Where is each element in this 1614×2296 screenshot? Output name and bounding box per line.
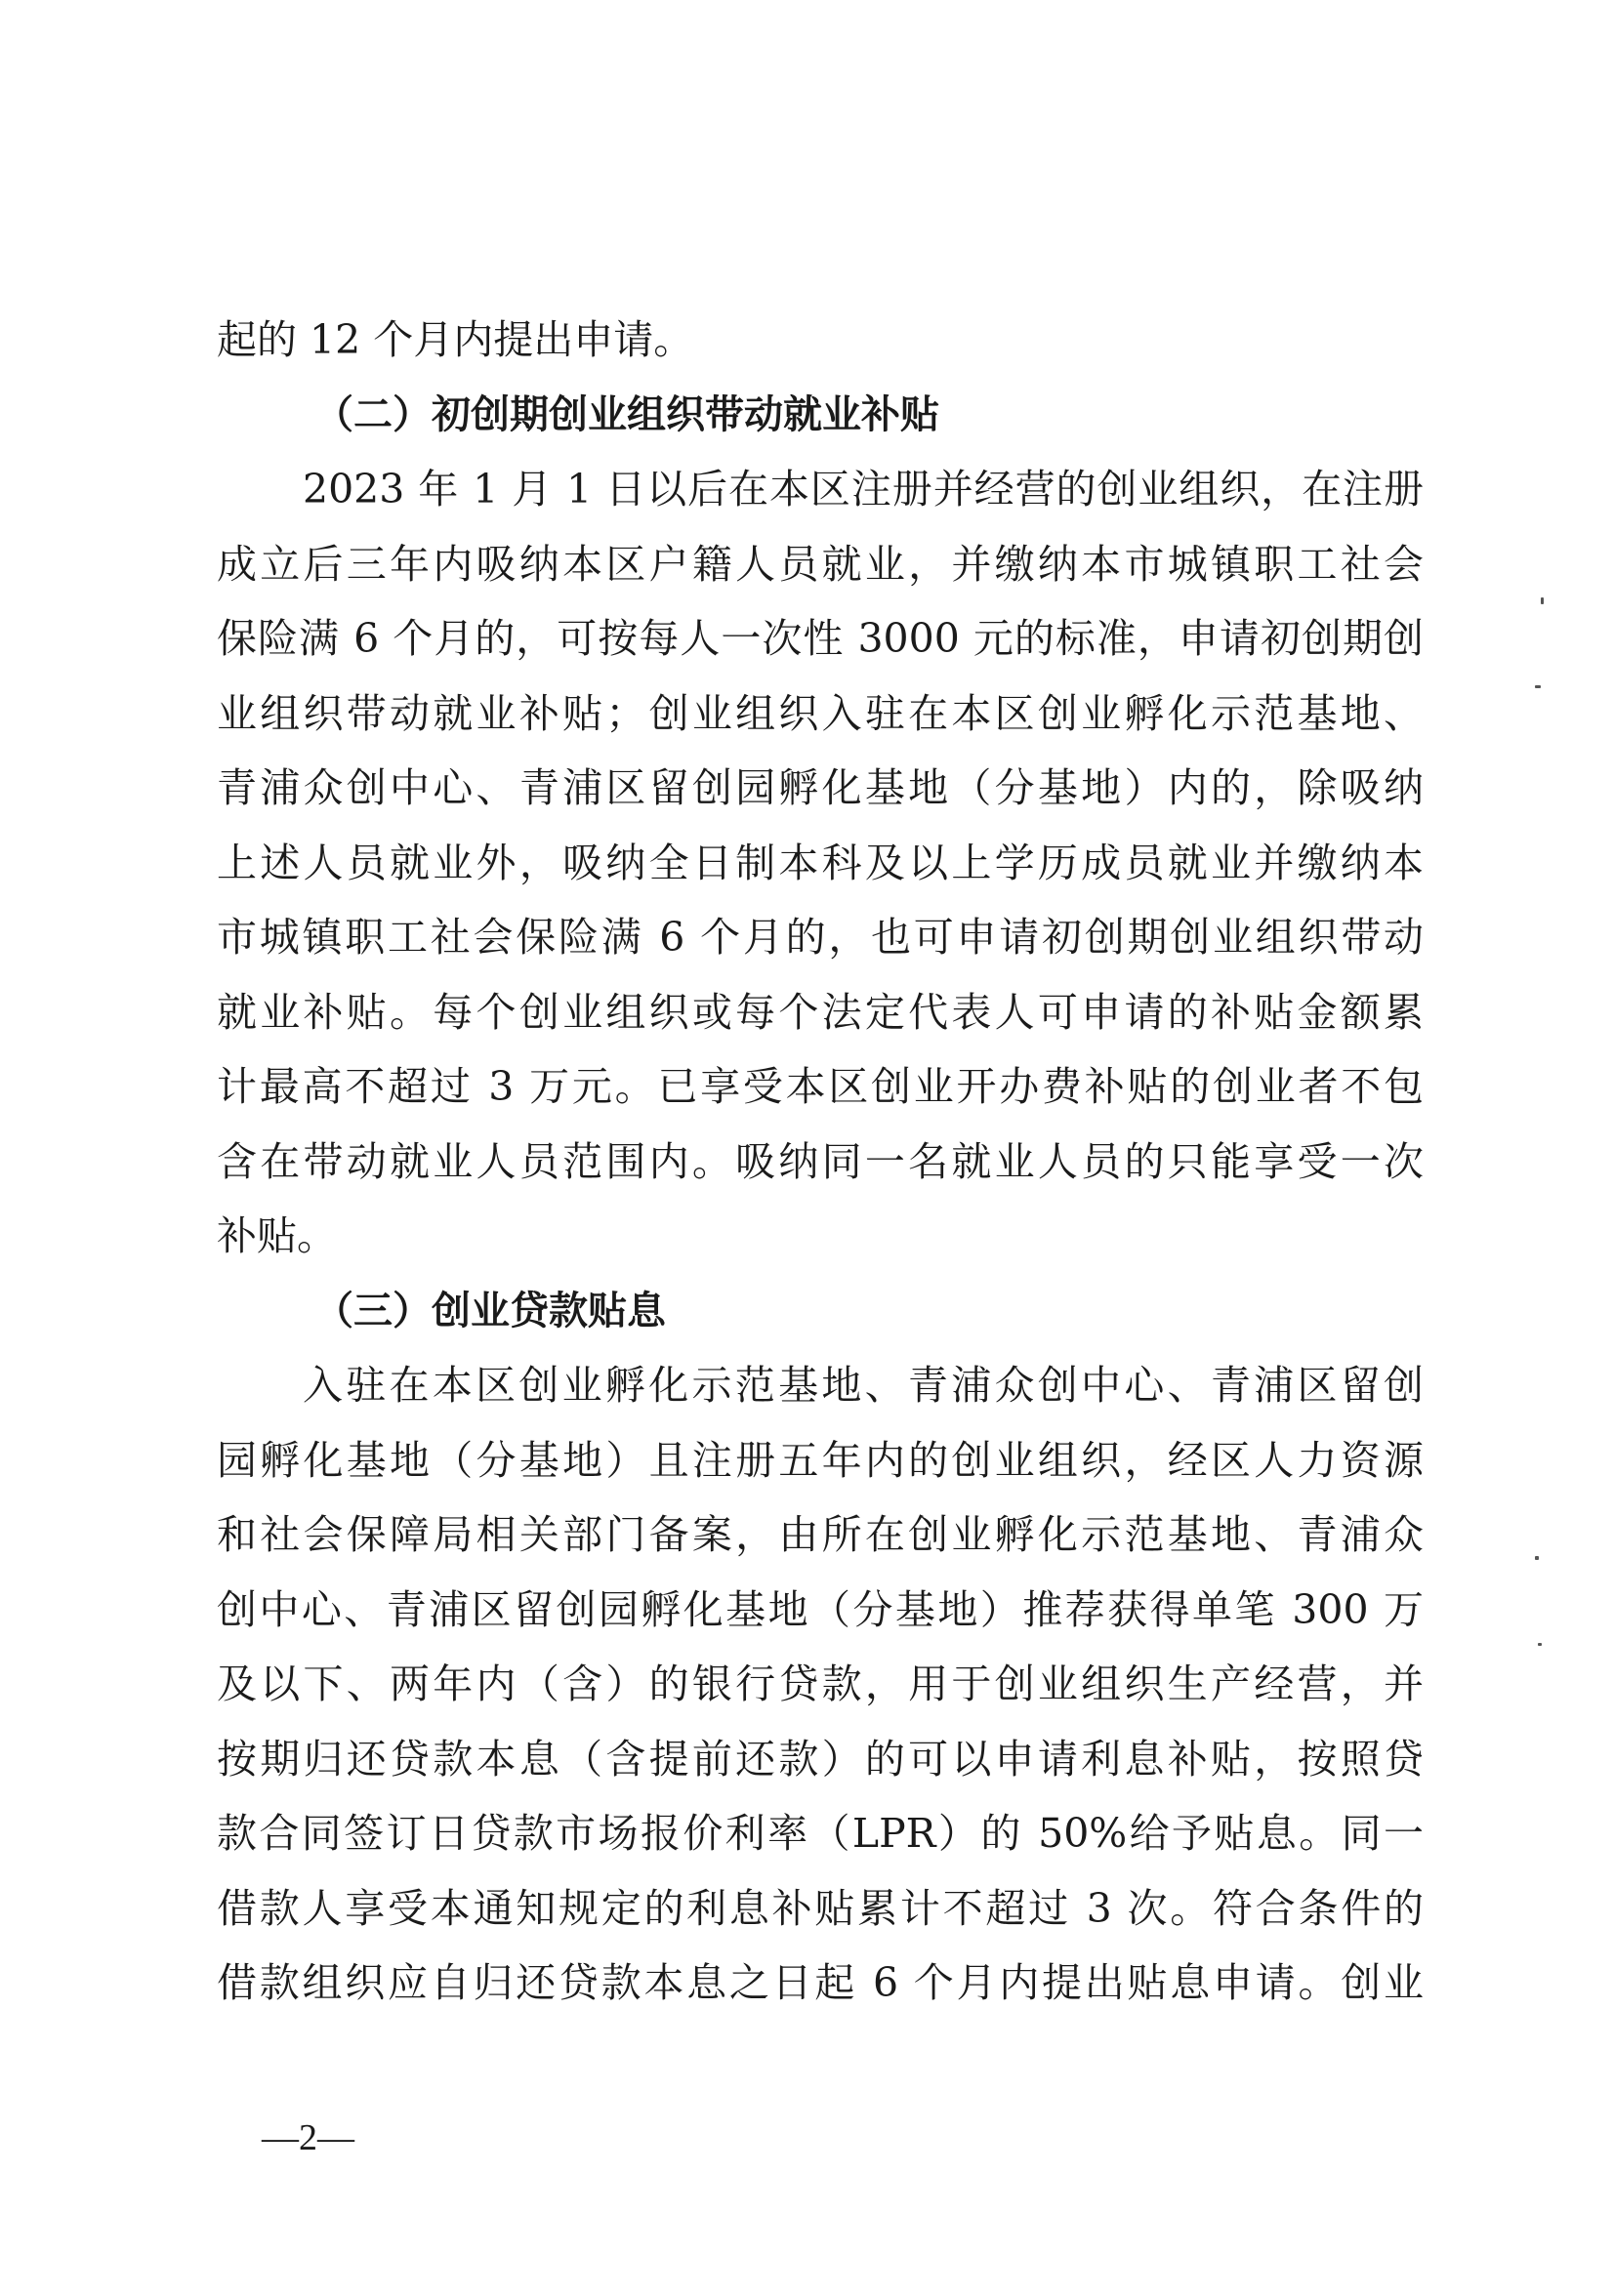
paragraph-line: 成立后三年内吸纳本区户籍人员就业，并缴纳本市城镇职工社会 xyxy=(217,527,1424,602)
paragraph-line: 园孵化基地（分基地）且注册五年内的创业组织，经区人力资源 xyxy=(217,1423,1424,1498)
paragraph-line: 借款组织应自归还贷款本息之日起 6 个月内提出贴息申请。创业 xyxy=(217,1946,1424,2021)
paragraph-line: 按期归还贷款本息（含提前还款）的可以申请利息补贴，按照贷 xyxy=(217,1722,1424,1797)
paragraph-line: 入驻在本区创业孵化示范基地、青浦众创中心、青浦区留创 xyxy=(217,1348,1424,1423)
section-heading-3: （三）创业贷款贴息 xyxy=(217,1274,1424,1349)
scan-speck xyxy=(1535,685,1541,688)
paragraph-line: 上述人员就业外，吸纳全日制本科及以上学历成员就业并缴纳本 xyxy=(217,826,1424,901)
scan-speck xyxy=(1541,597,1544,604)
paragraph-line: 保险满 6 个月的，可按每人一次性 3000 元的标准，申请初创期创 xyxy=(217,601,1424,676)
paragraph-line: 2023 年 1 月 1 日以后在本区注册并经营的创业组织，在注册 xyxy=(217,452,1424,527)
paragraph-line: 就业补贴。每个创业组织或每个法定代表人可申请的补贴金额累 xyxy=(217,975,1424,1050)
paragraph-line: 款合同签订日贷款市场报价利率（LPR）的 50%给予贴息。同一 xyxy=(217,1796,1424,1871)
paragraph-line: 及以下、两年内（含）的银行贷款，用于创业组织生产经营，并 xyxy=(217,1647,1424,1722)
scan-speck xyxy=(1535,1556,1539,1560)
document-page: 起的 12 个月内提出申请。 （二）初创期创业组织带动就业补贴 2023 年 1… xyxy=(0,0,1614,2296)
paragraph-line: 青浦众创中心、青浦区留创园孵化基地（分基地）内的，除吸纳 xyxy=(217,751,1424,826)
section-heading-2: （二）初创期创业组织带动就业补贴 xyxy=(217,378,1424,453)
paragraph-line: 计最高不超过 3 万元。已享受本区创业开办费补贴的创业者不包 xyxy=(217,1049,1424,1125)
paragraph-line: 创中心、青浦区留创园孵化基地（分基地）推荐获得单笔 300 万 xyxy=(217,1573,1424,1648)
paragraph-line: 市城镇职工社会保险满 6 个月的，也可申请初创期创业组织带动 xyxy=(217,900,1424,975)
page-number: —2— xyxy=(262,2116,354,2159)
paragraph-line: 借款人享受本通知规定的利息补贴累计不超过 3 次。符合条件的 xyxy=(217,1871,1424,1947)
paragraph-line: 和社会保障局相关部门备案，由所在创业孵化示范基地、青浦众 xyxy=(217,1497,1424,1573)
document-body: 起的 12 个月内提出申请。 （二）初创期创业组织带动就业补贴 2023 年 1… xyxy=(217,303,1424,2021)
paragraph-continuation: 起的 12 个月内提出申请。 xyxy=(217,303,1424,378)
paragraph-line: 业组织带动就业补贴；创业组织入驻在本区创业孵化示范基地、 xyxy=(217,676,1424,752)
paragraph-line: 含在带动就业人员范围内。吸纳同一名就业人员的只能享受一次 xyxy=(217,1125,1424,1200)
paragraph-line: 补贴。 xyxy=(217,1199,1424,1274)
scan-speck xyxy=(1538,1643,1542,1646)
